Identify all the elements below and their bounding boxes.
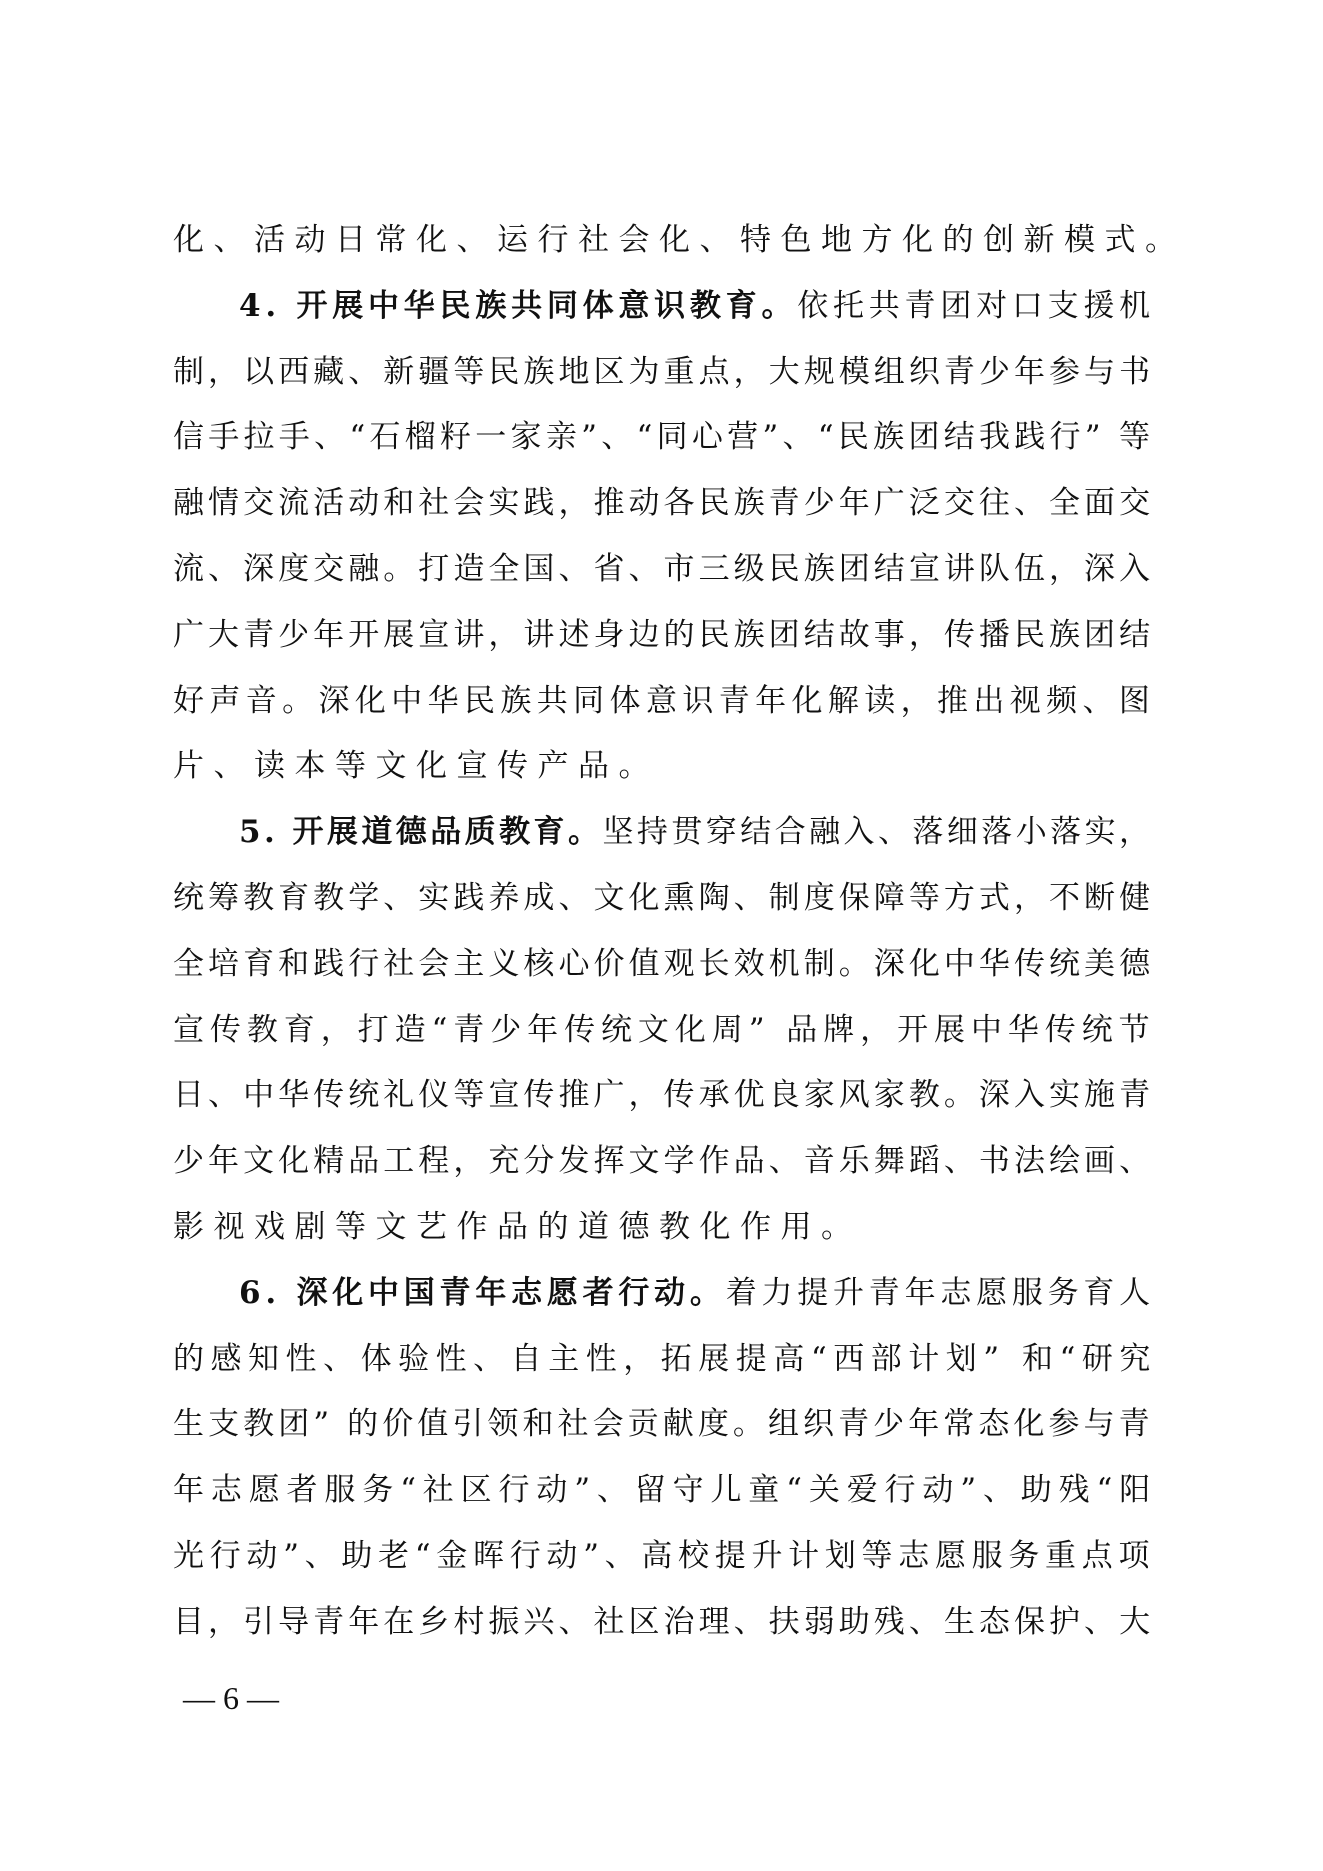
text-line: 信手拉手、“石榴籽一家亲”、“同心营”、“民族团结我践行” 等 bbox=[173, 417, 1154, 457]
text-line: 5. 开展道德品质教育。坚持贯穿结合融入、落细落小落实， bbox=[173, 812, 1153, 852]
line-text: 统筹教育教学、实践养成、文化熏陶、制度保障等方式，不断健 bbox=[173, 880, 1154, 916]
line-text: 依托共青团对口支援机 bbox=[797, 288, 1155, 324]
line-text: 好声音。深化中华民族共同体意识青年化解读，推出视频、图 bbox=[173, 683, 1155, 719]
line-text: 宣传教育，打造“青少年传统文化周” 品牌，开展中华传统节 bbox=[173, 1012, 1156, 1048]
text-line: 4. 开展中华民族共同体意识教育。依托共青团对口支援机 bbox=[173, 286, 1155, 326]
section-heading-4: 4. 开展中华民族共同体意识教育。 bbox=[239, 288, 797, 324]
text-line: 片、读本等文化宣传产品。 bbox=[173, 746, 659, 786]
line-text: 少年文化精品工程，充分发挥文学作品、音乐舞蹈、书法绘画、 bbox=[173, 1143, 1154, 1179]
line-text: 广大青少年开展宣讲，讲述身边的民族团结故事，传播民族团结 bbox=[173, 617, 1154, 653]
line-text: 着力提升青年志愿服务育人 bbox=[726, 1275, 1155, 1311]
text-line: 统筹教育教学、实践养成、文化熏陶、制度保障等方式，不断健 bbox=[173, 878, 1154, 918]
line-text: 流、深度交融。打造全国、省、市三级民族团结宣讲队伍，深入 bbox=[173, 551, 1154, 587]
line-text: 坚持贯穿结合融入、落细落小落实， bbox=[602, 814, 1153, 850]
line-text: 融情交流活动和社会实践，推动各民族青少年广泛交往、全面交 bbox=[173, 485, 1154, 521]
line-text: 信手拉手、“石榴籽一家亲”、“同心营”、“民族团结我践行” 等 bbox=[173, 419, 1154, 455]
line-text: 日、中华传统礼仪等宣传推广，传承优良家风家教。深入实施青 bbox=[173, 1077, 1154, 1113]
text-line: 好声音。深化中华民族共同体意识青年化解读，推出视频、图 bbox=[173, 681, 1155, 721]
page-number: — 6 — bbox=[183, 1680, 279, 1716]
text-line: 光行动”、助老“金晖行动”、高校提升计划等志愿服务重点项 bbox=[173, 1536, 1155, 1576]
line-text: 制，以西藏、新疆等民族地区为重点，大规模组织青少年参与书 bbox=[173, 354, 1154, 390]
text-line: 广大青少年开展宣讲，讲述身边的民族团结故事，传播民族团结 bbox=[173, 615, 1154, 655]
text-line: 日、中华传统礼仪等宣传推广，传承优良家风家教。深入实施青 bbox=[173, 1075, 1154, 1115]
text-line: 流、深度交融。打造全国、省、市三级民族团结宣讲队伍，深入 bbox=[173, 549, 1154, 589]
line-text: 全培育和践行社会主义核心价值观长效机制。深化中华传统美德 bbox=[173, 946, 1154, 982]
line-text: 年志愿者服务“社区行动”、留守儿童“关爱行动”、助残“阳 bbox=[173, 1472, 1157, 1508]
line-text: 目，引导青年在乡村振兴、社区治理、扶弱助残、生态保护、大 bbox=[173, 1604, 1154, 1640]
line-text: 光行动”、助老“金晖行动”、高校提升计划等志愿服务重点项 bbox=[173, 1538, 1155, 1574]
line-text: 生支教团” 的价值引领和社会贡献度。组织青少年常态化参与青 bbox=[173, 1406, 1154, 1442]
text-line: 的感知性、体验性、自主性，拓展提高“西部计划” 和“研究 bbox=[173, 1339, 1157, 1379]
line-text: 片、读本等文化宣传产品。 bbox=[173, 748, 659, 784]
text-line: 制，以西藏、新疆等民族地区为重点，大规模组织青少年参与书 bbox=[173, 352, 1154, 392]
section-heading-6: 6. 深化中国青年志愿者行动。 bbox=[239, 1275, 726, 1311]
text-line: 目，引导青年在乡村振兴、社区治理、扶弱助残、生态保护、大 bbox=[173, 1602, 1154, 1642]
text-line: 全培育和践行社会主义核心价值观长效机制。深化中华传统美德 bbox=[173, 944, 1154, 984]
line-text: 化、活动日常化、运行社会化、特色地方化的创新模式。 bbox=[173, 222, 1186, 258]
text-line: 宣传教育，打造“青少年传统文化周” 品牌，开展中华传统节 bbox=[173, 1010, 1156, 1050]
text-line: 影视戏剧等文艺作品的道德教化作用。 bbox=[173, 1207, 862, 1247]
document-page: 化、活动日常化、运行社会化、特色地方化的创新模式。 4. 开展中华民族共同体意识… bbox=[0, 0, 1323, 1871]
section-heading-5: 5. 开展道德品质教育。 bbox=[239, 814, 602, 850]
text-line: 生支教团” 的价值引领和社会贡献度。组织青少年常态化参与青 bbox=[173, 1404, 1154, 1444]
text-line: 化、活动日常化、运行社会化、特色地方化的创新模式。 bbox=[173, 220, 1186, 260]
text-line: 年志愿者服务“社区行动”、留守儿童“关爱行动”、助残“阳 bbox=[173, 1470, 1157, 1510]
line-text: 的感知性、体验性、自主性，拓展提高“西部计划” 和“研究 bbox=[173, 1341, 1157, 1377]
line-text: 影视戏剧等文艺作品的道德教化作用。 bbox=[173, 1209, 862, 1245]
text-line: 融情交流活动和社会实践，推动各民族青少年广泛交往、全面交 bbox=[173, 483, 1154, 523]
text-line: 少年文化精品工程，充分发挥文学作品、音乐舞蹈、书法绘画、 bbox=[173, 1141, 1154, 1181]
text-line: 6. 深化中国青年志愿者行动。着力提升青年志愿服务育人 bbox=[173, 1273, 1155, 1313]
